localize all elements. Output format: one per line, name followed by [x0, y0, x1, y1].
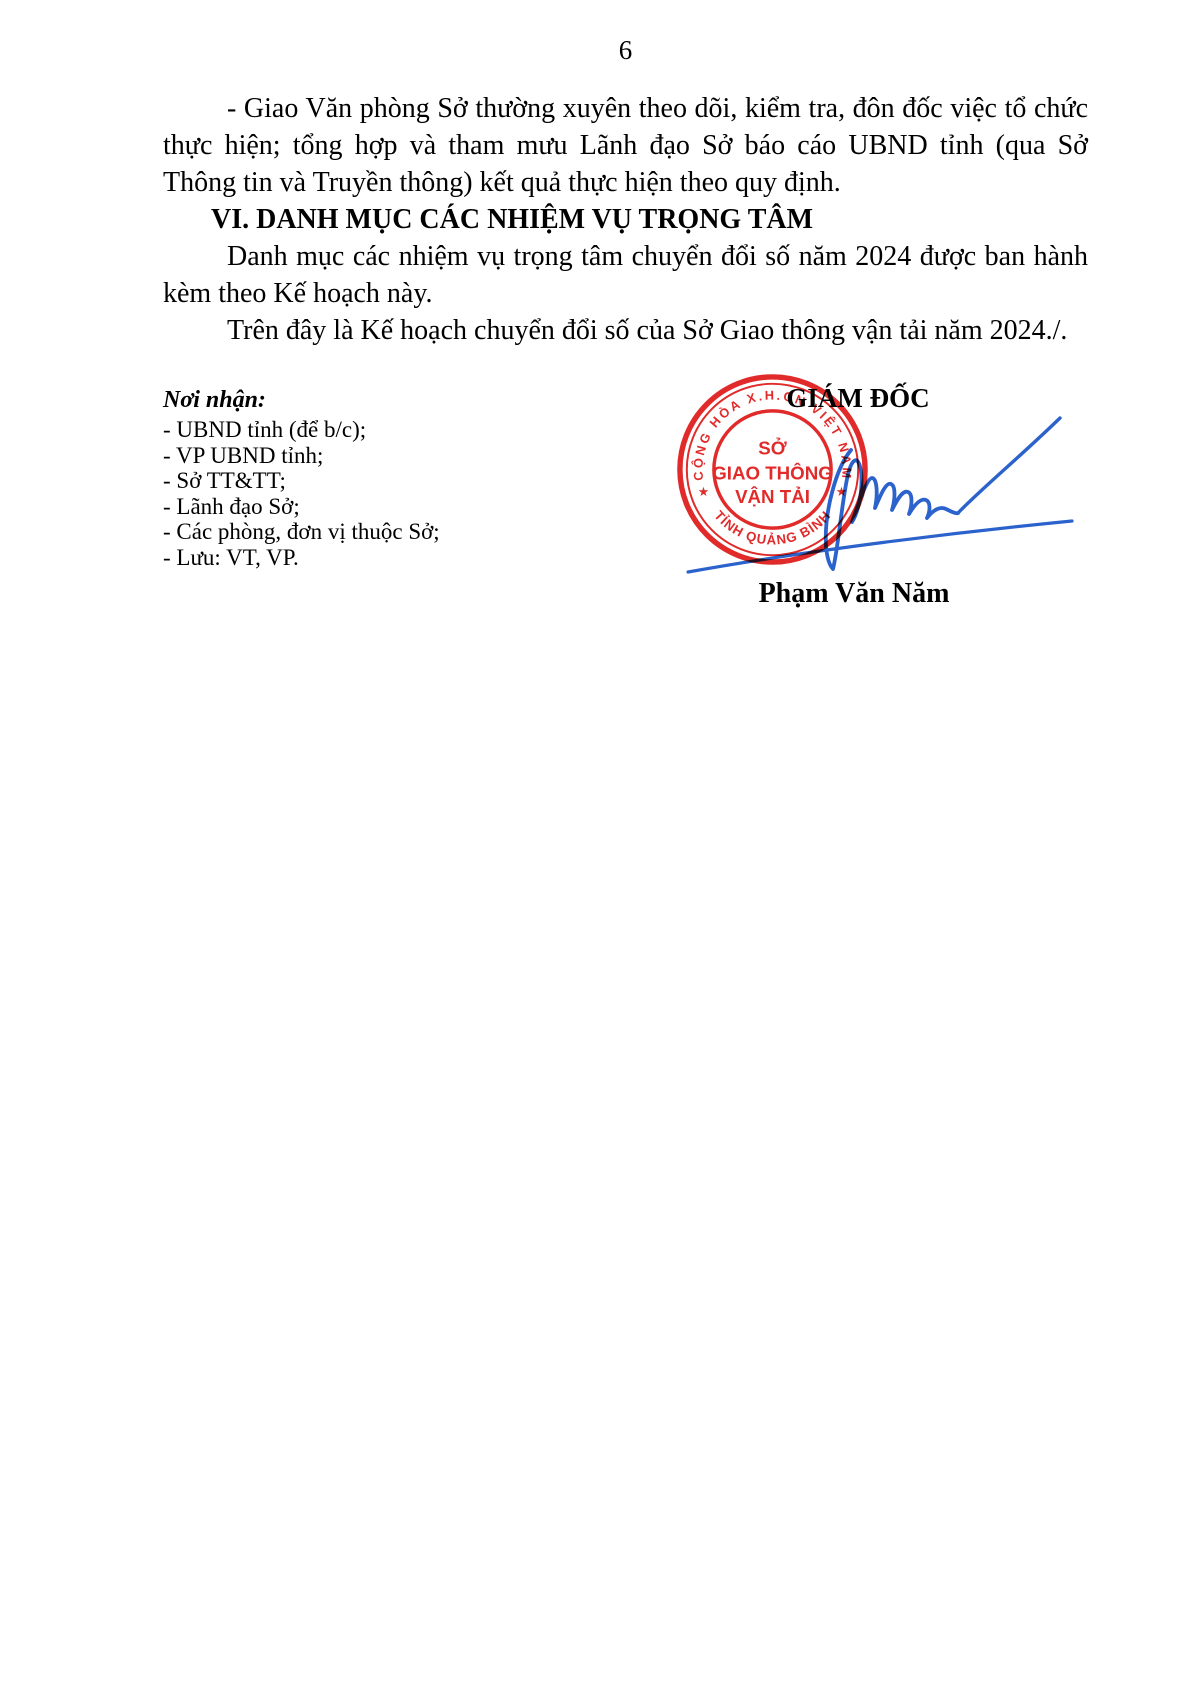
paragraph-tren-day: Trên đây là Kế hoạch chuyển đổi số của S… — [163, 312, 1088, 349]
handwritten-signature — [600, 380, 1100, 610]
paragraph-danh-muc: Danh mục các nhiệm vụ trọng tâm chuyển đ… — [163, 238, 1088, 312]
paragraph-giao-van-phong: - Giao Văn phòng Sở thường xuyên theo dõ… — [163, 90, 1088, 201]
recipient-item: - Lãnh đạo Sở; — [163, 494, 440, 520]
signature-underline-flourish — [688, 521, 1072, 572]
recipient-item: - UBND tỉnh (để b/c); — [163, 417, 440, 443]
recipients-block: Nơi nhận: - UBND tỉnh (để b/c); - VP UBN… — [163, 386, 440, 570]
recipients-label: Nơi nhận: — [163, 386, 440, 414]
document-content: 6 - Giao Văn phòng Sở thường xuyên theo … — [163, 34, 1088, 349]
page-number: 6 — [163, 34, 1088, 66]
signer-name: Phạm Văn Năm — [718, 578, 990, 610]
recipient-item: - VP UBND tỉnh; — [163, 443, 440, 469]
recipient-item: - Lưu: VT, VP. — [163, 545, 440, 571]
recipient-item: - Sở TT&TT; — [163, 468, 440, 494]
document-page: 6 - Giao Văn phòng Sở thường xuyên theo … — [0, 0, 1190, 1684]
signature-ascending-stroke — [958, 418, 1060, 513]
recipient-item: - Các phòng, đơn vị thuộc Sở; — [163, 519, 440, 545]
section-heading-vi: VI. DANH MỤC CÁC NHIỆM VỤ TRỌNG TÂM — [163, 201, 1088, 238]
signature-main-scrawl — [826, 450, 958, 569]
